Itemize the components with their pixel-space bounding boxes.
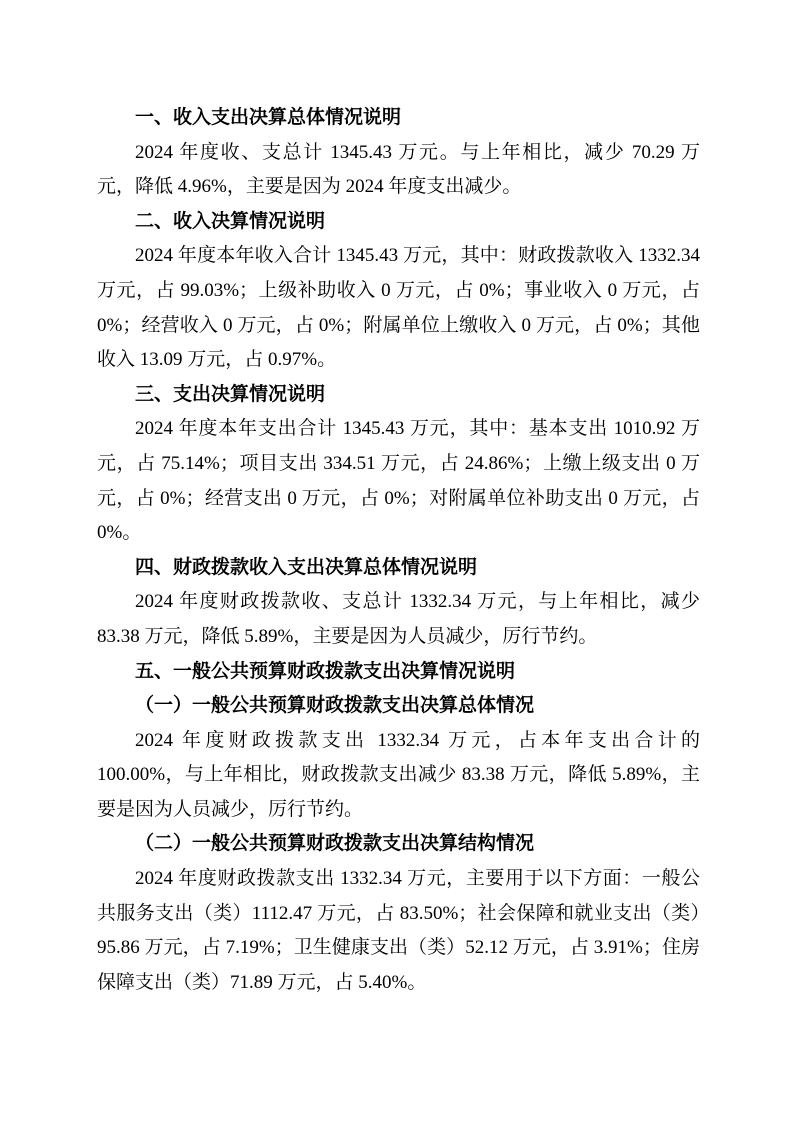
- heading-public-budget-expenditure: 五、一般公共预算财政拨款支出决算情况说明: [97, 655, 700, 690]
- paragraph-income-final-accounts: 2024 年度本年收入合计 1345.43 万元，其中：财政拨款收入 1332.…: [97, 239, 700, 377]
- paragraph-income-expenditure-overall: 2024 年度收、支总计 1345.43 万元。与上年相比，减少 70.29 万…: [97, 136, 700, 205]
- document-page: 一、收入支出决算总体情况说明 2024 年度收、支总计 1345.43 万元。与…: [0, 0, 793, 1122]
- paragraph-public-budget-overall: 2024 年度财政拨款支出 1332.34 万元，占本年支出合计的 100.00…: [97, 724, 700, 828]
- heading-income-expenditure-overall: 一、收入支出决算总体情况说明: [97, 101, 700, 136]
- heading-fiscal-appropriation-overall: 四、财政拨款收入支出决算总体情况说明: [97, 551, 700, 586]
- subheading-public-budget-overall: （一）一般公共预算财政拨款支出决算总体情况: [97, 689, 700, 724]
- heading-income-final-accounts: 二、收入决算情况说明: [97, 205, 700, 240]
- paragraph-expenditure-final-accounts: 2024 年度本年支出合计 1345.43 万元，其中：基本支出 1010.92…: [97, 412, 700, 550]
- paragraph-fiscal-appropriation-overall: 2024 年度财政拨款收、支总计 1332.34 万元，与上年相比，减少 83.…: [97, 585, 700, 654]
- paragraph-public-budget-structure: 2024 年度财政拨款支出 1332.34 万元，主要用于以下方面：一般公共服务…: [97, 862, 700, 1000]
- heading-expenditure-final-accounts: 三、支出决算情况说明: [97, 378, 700, 413]
- subheading-public-budget-structure: （二）一般公共预算财政拨款支出决算结构情况: [97, 827, 700, 862]
